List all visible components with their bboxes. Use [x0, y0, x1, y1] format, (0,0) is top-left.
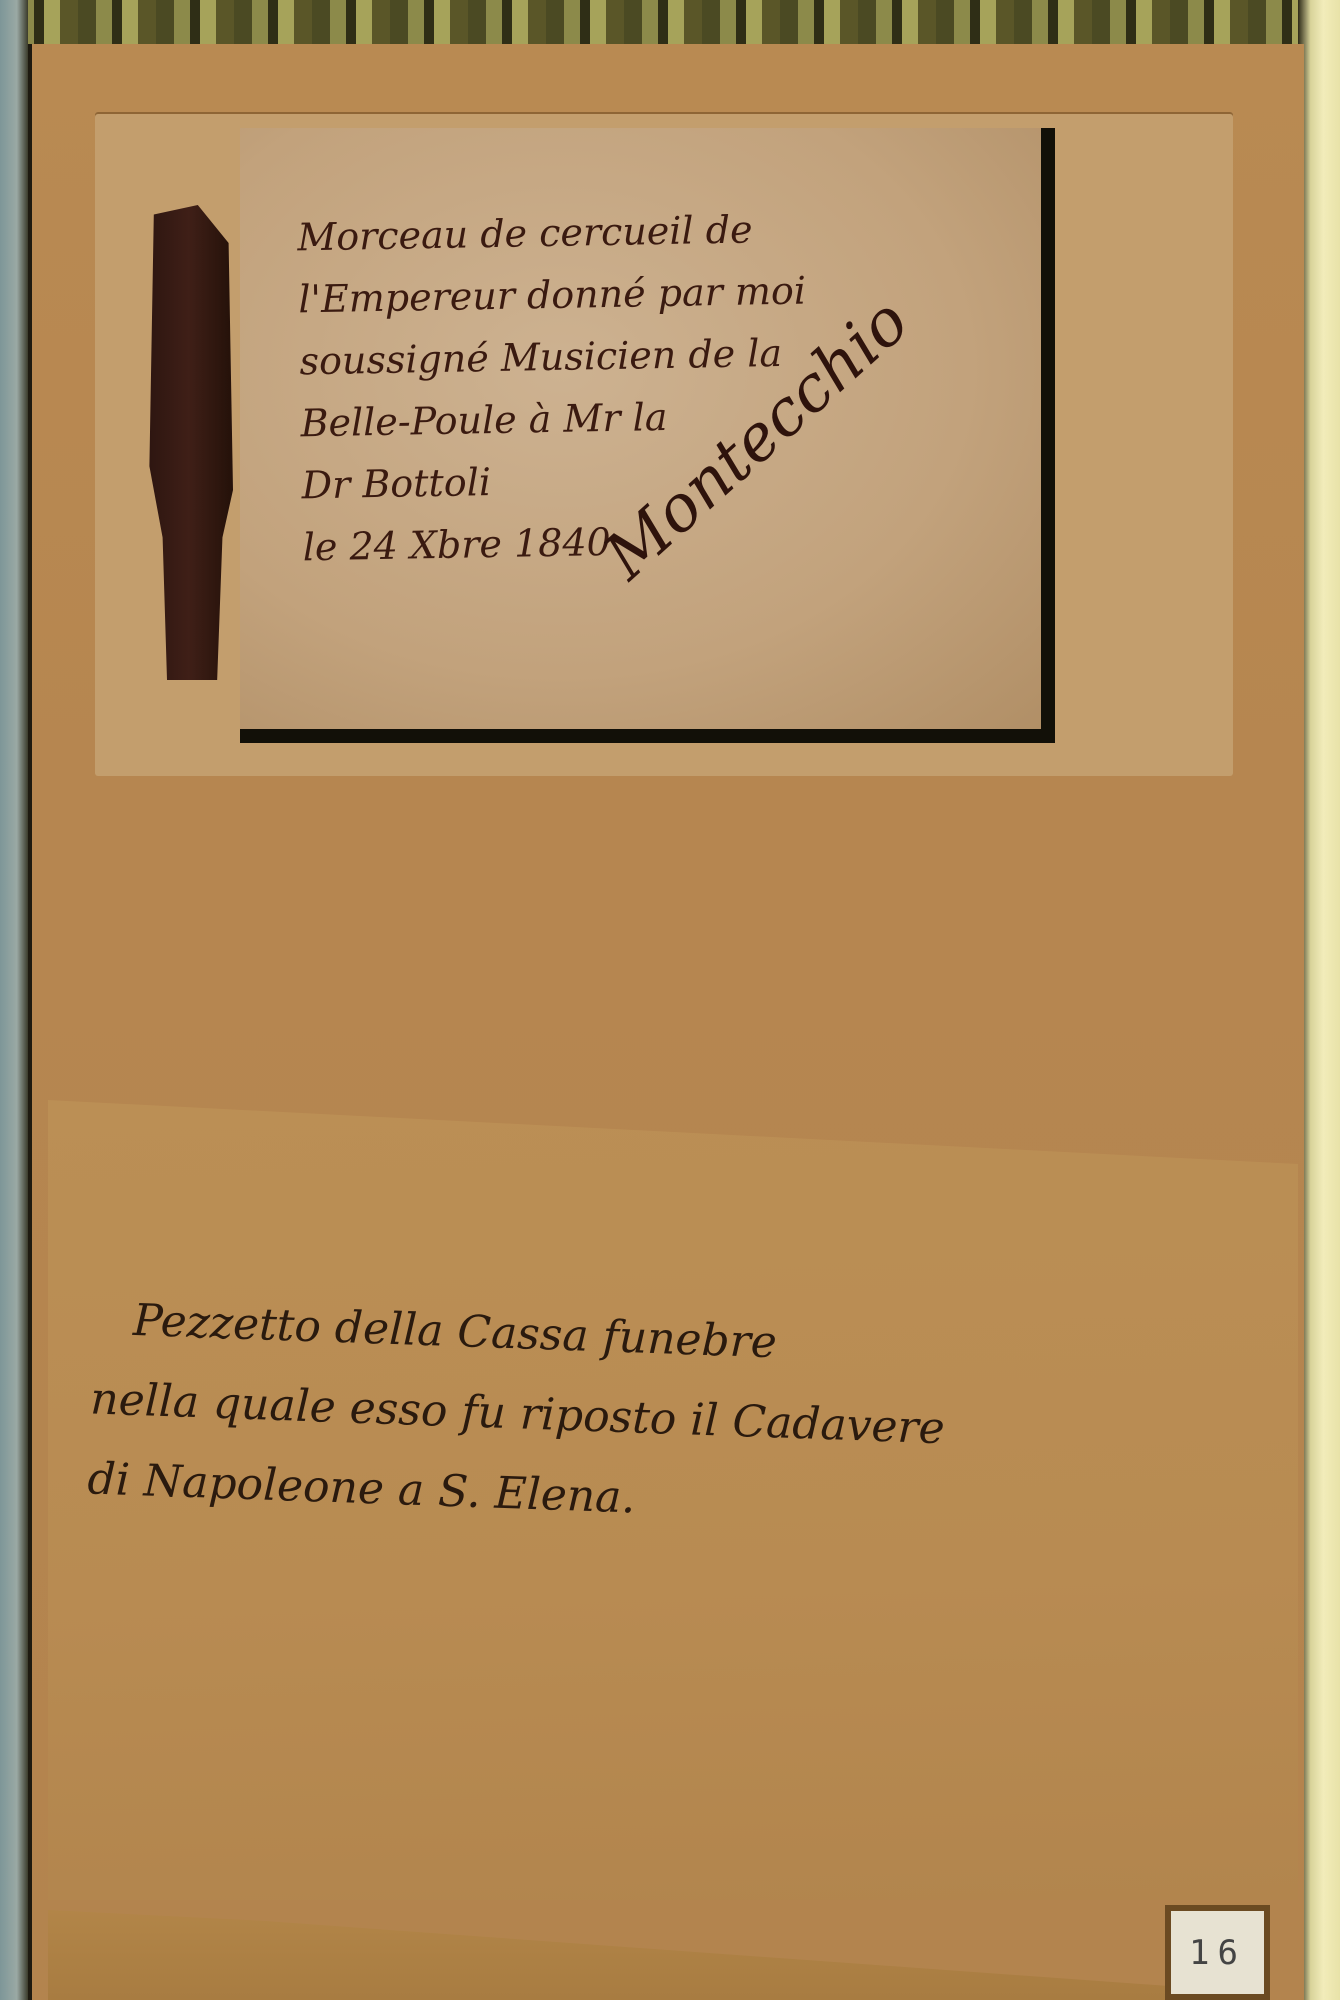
cover-left-edge	[0, 0, 28, 2000]
marbled-cover-edge	[0, 0, 1340, 50]
page-number-label: 16	[1165, 1905, 1270, 2000]
pocket-inscription: Pezzetto della Cassa funebre nella quale…	[86, 1279, 1274, 1560]
cover-right-edge	[1298, 0, 1340, 2000]
